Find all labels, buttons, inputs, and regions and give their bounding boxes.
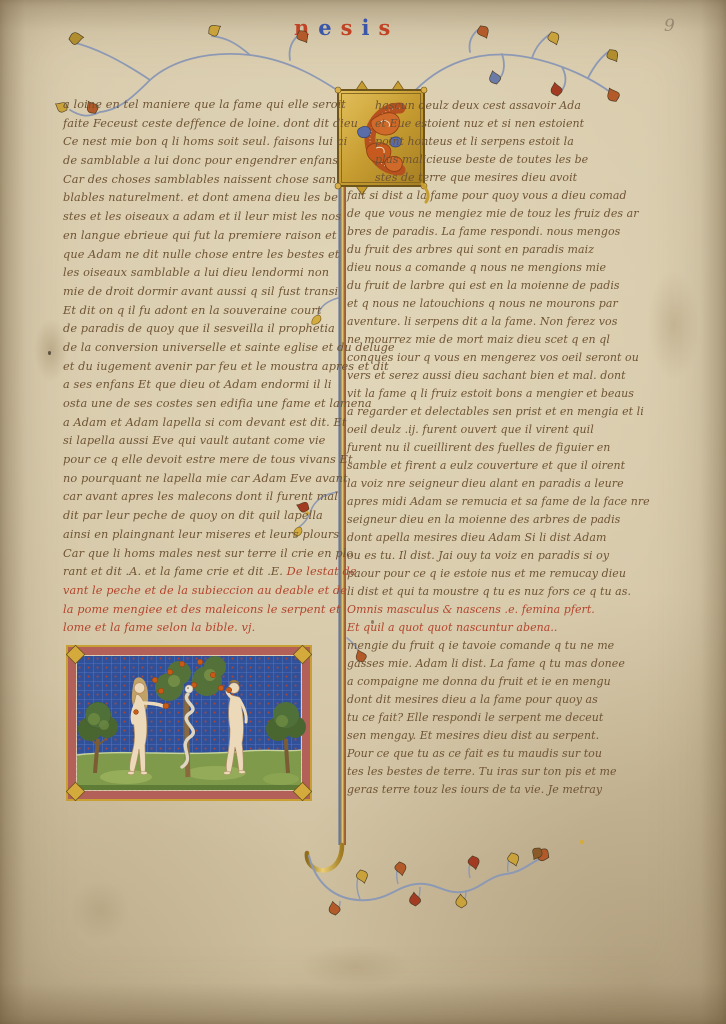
body-text: du fruit des arbres qui sont en paradis … xyxy=(347,243,594,256)
text-line: geras terre touz les iours de ta vie. Je… xyxy=(347,783,641,801)
body-text: oeil deulz .ij. furent ouvert que il vir… xyxy=(347,423,594,436)
body-text: furent nu il cueillirent des fuelles de … xyxy=(347,441,610,454)
body-text: blables naturelment. et dont amena dieu … xyxy=(63,191,338,204)
folio-number: 9 xyxy=(664,16,675,36)
top-right-vine-leaves xyxy=(475,23,621,103)
text-line: lome et la fame selon la bible. vj. xyxy=(63,621,339,640)
text-line: dont apella mesires dieu Adam Si li dist… xyxy=(347,531,641,549)
text-line: vit la fame q li fruiz estoit bons a men… xyxy=(347,387,641,405)
text-line: bres de paradis. La fame respondi. nous … xyxy=(347,225,641,243)
rubric-text: la pome mengiee et des maleicons le serp… xyxy=(63,603,341,616)
body-text: geras terre touz les iours de ta vie. Je… xyxy=(347,783,602,796)
body-text: a compaigne me donna du fruit et ie en m… xyxy=(347,675,611,688)
text-line: et Eue estoient nuz et si nen estoient xyxy=(347,117,641,135)
text-line: plus malicieuse beste de toutes les be xyxy=(347,153,641,171)
text-line: stes et les oiseaux a adam et il leur mi… xyxy=(63,210,339,229)
text-line: de la conversion universelle et sainte e… xyxy=(63,341,339,360)
text-line: ainsi en plaingnant leur miseres et leur… xyxy=(63,528,339,547)
parchment-stain xyxy=(648,270,700,380)
body-text: apres midi Adam se remucia et sa fame de… xyxy=(347,495,650,508)
bottom-vine xyxy=(307,840,584,916)
text-line: du fruit des arbres qui sont en paradis … xyxy=(347,243,641,261)
body-text: paour pour ce q ie estoie nus et me remu… xyxy=(347,567,626,580)
text-line: Car que li homs males nest sur terre il … xyxy=(63,547,339,566)
text-line: Pour ce que tu as ce fait es tu maudis s… xyxy=(347,747,641,765)
body-text: gasses mie. Adam li dist. La fame q tu m… xyxy=(347,657,625,670)
text-line: de paradis de quoy que il sesveilla il p… xyxy=(63,322,339,341)
text-line: de samblable a lui donc pour engendrer e… xyxy=(63,154,339,173)
text-line: vers et serez aussi dieu sachant bien et… xyxy=(347,369,641,387)
fruit-in-eve-hand xyxy=(163,703,169,709)
fruit-at-adam-mouth xyxy=(226,687,231,692)
body-text: seigneur dieu en la moienne des arbres d… xyxy=(347,513,620,526)
text-line: Et dit on q il fu adont en la souveraine… xyxy=(63,304,339,323)
text-line: dit par leur peche de quoy on dit quil l… xyxy=(63,509,339,528)
running-title-letter: i xyxy=(361,14,369,42)
text-line: a regarder et delectables sen prist et e… xyxy=(347,405,641,423)
body-text: faite Feceust ceste deffence de loine. d… xyxy=(63,117,358,130)
rubric-text: Omnis masculus & nascens .e. femina pfer… xyxy=(347,603,595,616)
manuscript-page: nesis 9 xyxy=(0,0,726,1024)
rubric-text: Et quil a quot quot nascuntur abena.. xyxy=(347,621,557,634)
top-right-vine xyxy=(410,28,618,98)
body-text: a loine en tel maniere que la fame qui e… xyxy=(63,98,346,111)
body-text: Et dit on q il fu adont en la souveraine… xyxy=(63,304,322,317)
text-line: oeil deulz .ij. furent ouvert que il vir… xyxy=(347,423,641,441)
text-line: mie de droit dormir avant aussi q sil fu… xyxy=(63,285,339,304)
body-text: Car que li homs males nest sur terre il … xyxy=(63,547,353,560)
body-text: conques iour q vous en mengerez vos oeil… xyxy=(347,351,639,364)
body-text: en langue ebrieue qui fut la premiere ra… xyxy=(63,229,337,242)
gold-dot xyxy=(580,840,584,844)
body-text: si lapella aussi Eve qui vault autant co… xyxy=(63,434,325,447)
body-text: Car des choses samblables naissent chose… xyxy=(63,173,336,186)
text-line: et du iugement avenir par feu et le mous… xyxy=(63,360,339,379)
body-text: dont apella mesires dieu Adam Si li dist… xyxy=(347,531,606,544)
text-line: samble et firent a eulz couverture et qu… xyxy=(347,459,641,477)
serpent-head xyxy=(185,685,193,693)
text-line: conques iour q vous en mengerez vos oeil… xyxy=(347,351,641,369)
text-line: que Adam ne dit nulle chose entre les be… xyxy=(63,248,339,267)
text-line: Ce nest mie bon q li homs soit seul. fai… xyxy=(63,135,339,154)
running-title-letter: n xyxy=(294,14,309,42)
text-line: car avant apres les malecons dont il fur… xyxy=(63,490,339,509)
body-text: et du iugement avenir par feu et le mous… xyxy=(63,360,389,373)
text-line: seigneur dieu en la moienne des arbres d… xyxy=(347,513,641,531)
body-text: sen mengay. Et mesires dieu dist au serp… xyxy=(347,729,599,742)
text-line: fait si dist a la fame pour quoy vous a … xyxy=(347,189,641,207)
text-line: dont dit mesires dieu a la fame pour quo… xyxy=(347,693,641,711)
body-text: de paradis de quoy que il sesveilla il p… xyxy=(63,322,335,335)
body-text: stes et les oiseaux a adam et il leur mi… xyxy=(63,210,341,223)
body-text: Ce nest mie bon q li homs soit seul. fai… xyxy=(63,135,347,148)
running-title-letter: s xyxy=(378,14,390,42)
body-text: ou es tu. Il dist. Jai ouy ta voiz en pa… xyxy=(347,549,609,562)
body-text: les oiseaux samblable a lui dieu lendorm… xyxy=(63,266,329,279)
running-title-letter: e xyxy=(318,14,331,42)
text-line: et q nous ne latouchions q nous ne mouro… xyxy=(347,297,641,315)
body-text: que Adam ne dit nulle chose entre les be… xyxy=(63,248,339,261)
text-line: rant et dit .A. et la fame crie et dit .… xyxy=(63,565,339,584)
body-text: point honteus et li serpens estoit la xyxy=(375,135,574,148)
text-line: hascun deulz deux cest assavoir Ada xyxy=(347,99,641,117)
body-text: hascun deulz deux cest assavoir Ada xyxy=(375,99,581,112)
body-text: a Adam et Adam lapella si com devant est… xyxy=(63,416,346,429)
running-title: nesis xyxy=(294,14,390,42)
body-text: no pourquant ne lapella mie car Adam Eve… xyxy=(63,472,348,485)
body-text: mie de droit dormir avant aussi q sil fu… xyxy=(63,285,338,298)
text-line: tu ce fait? Elle respondi le serpent me … xyxy=(347,711,641,729)
body-text: de la conversion universelle et sainte e… xyxy=(63,341,395,354)
body-text: stes de terre que mesires dieu avoit xyxy=(375,171,577,184)
text-line: a Adam et Adam lapella si com devant est… xyxy=(63,416,339,435)
text-line: aventure. li serpens dit a la fame. Non … xyxy=(347,315,641,333)
text-line: furent nu il cueillirent des fuelles de … xyxy=(347,441,641,459)
text-line: Et quil a quot quot nascuntur abena.. xyxy=(347,621,641,639)
text-line: sen mengay. Et mesires dieu dist au serp… xyxy=(347,729,641,747)
text-line: paour pour ce q ie estoie nus et me remu… xyxy=(347,567,641,585)
text-column-left: a loine en tel maniere que la fame qui e… xyxy=(63,98,339,640)
text-line: la pome mengiee et des maleicons le serp… xyxy=(63,603,339,622)
text-line: faite Feceust ceste deffence de loine. d… xyxy=(63,117,339,136)
text-line: en langue ebrieue qui fut la premiere ra… xyxy=(63,229,339,248)
body-text: fait si dist a la fame pour quoy vous a … xyxy=(347,189,627,202)
text-line: stes de terre que mesires dieu avoit xyxy=(347,171,641,189)
rubric-text: vant le peche et de la subieccion au dea… xyxy=(63,584,347,597)
body-text: ainsi en plaingnant leur miseres et leur… xyxy=(63,528,339,541)
body-text: dieu nous a comande q nous ne mengions m… xyxy=(347,261,606,274)
body-text: vit la fame q li fruiz estoit bons a men… xyxy=(347,387,634,400)
rubric-text: lome et la fame selon la bible. vj. xyxy=(63,621,255,634)
text-line: la voiz nre seigneur dieu alant en parad… xyxy=(347,477,641,495)
text-line: vant le peche et de la subieccion au dea… xyxy=(63,584,339,603)
body-text: mengie du fruit q ie tavoie comande q tu… xyxy=(347,639,614,652)
body-text: et q nous ne latouchions q nous ne mouro… xyxy=(347,297,618,310)
text-line: les oiseaux samblable a lui dieu lendorm… xyxy=(63,266,339,285)
body-text: tes les bestes de terre. Tu iras sur ton… xyxy=(347,765,617,778)
text-line: a ses enfans Et que dieu ot Adam endormi… xyxy=(63,378,339,397)
body-text: de samblable a lui donc pour engendrer e… xyxy=(63,154,338,167)
body-text: dit par leur peche de quoy on dit quil l… xyxy=(63,509,323,522)
body-text: de que vous ne mengiez mie de touz les f… xyxy=(347,207,639,220)
body-text: ne mourrez mie de mort maiz dieu scet q … xyxy=(347,333,610,346)
ink-speck xyxy=(48,351,51,355)
body-text: pour ce q elle devoit estre mere de tous… xyxy=(63,453,353,466)
text-line: point honteus et li serpens estoit la xyxy=(347,135,641,153)
running-title-letter: s xyxy=(341,14,353,42)
text-line: no pourquant ne lapella mie car Adam Eve… xyxy=(63,472,339,491)
body-text: plus malicieuse beste de toutes les be xyxy=(375,153,588,166)
text-line: Omnis masculus & nascens .e. femina pfer… xyxy=(347,603,641,621)
parchment-stain xyxy=(300,945,410,989)
body-text: li dist et qui ta moustre q tu es nuz fo… xyxy=(347,585,631,598)
text-line: dieu nous a comande q nous ne mengions m… xyxy=(347,261,641,279)
text-line: osta une de ses costes sen edifia une fa… xyxy=(63,397,339,416)
text-line: si lapella aussi Eve qui vault autant co… xyxy=(63,434,339,453)
body-text: Pour ce que tu as ce fait es tu maudis s… xyxy=(347,747,602,760)
parchment-stain xyxy=(70,880,130,940)
body-text: vers et serez aussi dieu sachant bien et… xyxy=(347,369,626,382)
text-column-right: hascun deulz deux cest assavoir Adaet Eu… xyxy=(347,99,641,801)
text-line: a loine en tel maniere que la fame qui e… xyxy=(63,98,339,117)
body-text: osta une de ses costes sen edifia une fa… xyxy=(63,397,372,410)
text-line: gasses mie. Adam li dist. La fame q tu m… xyxy=(347,657,641,675)
body-text: et Eue estoient nuz et si nen estoient xyxy=(375,117,584,130)
text-line: Car des choses samblables naissent chose… xyxy=(63,173,339,192)
text-line: de que vous ne mengiez mie de touz les f… xyxy=(347,207,641,225)
text-line: mengie du fruit q ie tavoie comande q tu… xyxy=(347,639,641,657)
text-line: pour ce q elle devoit estre mere de tous… xyxy=(63,453,339,472)
text-line: ou es tu. Il dist. Jai ouy ta voiz en pa… xyxy=(347,549,641,567)
adam-and-eve-miniature xyxy=(66,645,312,801)
gold-bar-border xyxy=(338,186,346,845)
text-line: tes les bestes de terre. Tu iras sur ton… xyxy=(347,765,641,783)
body-text: a regarder et delectables sen prist et e… xyxy=(347,405,644,418)
text-line: apres midi Adam se remucia et sa fame de… xyxy=(347,495,641,513)
text-line: ne mourrez mie de mort maiz dieu scet q … xyxy=(347,333,641,351)
text-line: blables naturelment. et dont amena dieu … xyxy=(63,191,339,210)
body-text: samble et firent a eulz couverture et qu… xyxy=(347,459,625,472)
text-line: du fruit de larbre qui est en la moienne… xyxy=(347,279,641,297)
text-line: li dist et qui ta moustre q tu es nuz fo… xyxy=(347,585,641,603)
body-text: rant et dit .A. et la fame crie et dit .… xyxy=(63,565,287,578)
body-text: tu ce fait? Elle respondi le serpent me … xyxy=(347,711,603,724)
body-text: la voiz nre seigneur dieu alant en parad… xyxy=(347,477,624,490)
body-text: car avant apres les malecons dont il fur… xyxy=(63,490,338,503)
body-text: dont dit mesires dieu a la fame pour quo… xyxy=(347,693,598,706)
text-line: a compaigne me donna du fruit et ie en m… xyxy=(347,675,641,693)
fruit-at-eve-chest xyxy=(134,710,139,715)
body-text: du fruit de larbre qui est en la moienne… xyxy=(347,279,620,292)
body-text: bres de paradis. La fame respondi. nous … xyxy=(347,225,620,238)
body-text: aventure. li serpens dit a la fame. Non … xyxy=(347,315,617,328)
body-text: a ses enfans Et que dieu ot Adam endormi… xyxy=(63,378,332,391)
